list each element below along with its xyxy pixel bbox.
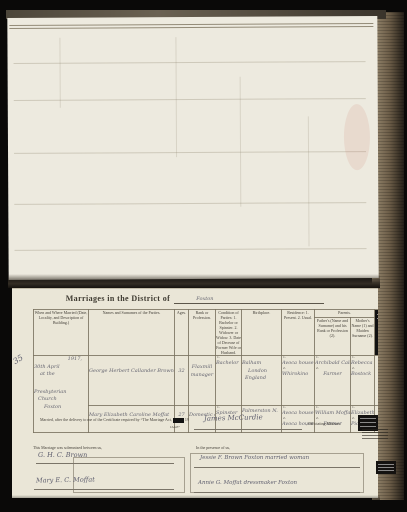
faint-rule [15, 248, 367, 251]
witness2-signature: Annie G. Moffat dressmaker Foxton [198, 480, 297, 486]
registrar-stamp [375, 310, 379, 356]
certificate-statement: Married, after the delivery to me of the… [40, 417, 189, 423]
cell-bride-father: 1. William Moffat 2. Farmer [315, 406, 351, 433]
groom-signature: G. H. C. Brown [38, 451, 87, 459]
solemnized-label: This Marriage was solemnized between us, [33, 445, 102, 450]
marriage-register-page: Marriages in the District of Foxton When… [12, 288, 378, 498]
faint-rule [175, 37, 177, 157]
col-header-condition: Condition of Parties: 1. Bachelor or Spi… [216, 310, 242, 356]
cell-groom-name: George Herbert Callander Brown [89, 356, 175, 406]
cell-groom-mother: 1. Rebecca Emma 2. Bostock [351, 356, 375, 406]
act-stamp-text: JAGE” [170, 425, 180, 429]
page-smudge [344, 104, 370, 170]
col-header-when: When and Where Married (Date, Locality, … [34, 310, 89, 356]
col-header-birthplace: Birthplace. [242, 310, 282, 356]
page-bottom-shadow [10, 495, 380, 507]
faint-rule [14, 151, 366, 154]
page-seam-shadow [8, 274, 380, 288]
col-header-residence: Residence: 1. Present. 2. Usual. [282, 310, 315, 356]
signature-line [194, 429, 302, 430]
page-title: Marriages in the District of Foxton [12, 294, 378, 303]
top-blank-page [7, 16, 378, 280]
cell-groom-rank: Flaxmill manager [189, 356, 216, 406]
col-header-ages: Ages. [175, 310, 189, 356]
col-header-parents: Parents. [315, 310, 375, 318]
district-handwritten: Foxton [174, 296, 324, 305]
edge-stamp [376, 461, 396, 474]
presence-label: In the presence of us, [196, 445, 230, 450]
signature-line [36, 463, 174, 464]
title-text: Marriages in the District of [66, 294, 171, 303]
officiant-signature: James McCurdie [204, 413, 263, 423]
signature-line [34, 489, 174, 490]
signature-line [194, 492, 360, 493]
faint-rule [14, 61, 366, 64]
printed-rule [9, 26, 373, 29]
redaction-stamp [173, 418, 184, 423]
col-header-father: Father's (Name and Surname) and his Rank… [315, 318, 351, 356]
faint-rule [308, 116, 310, 246]
cell-groom-condition: 1. Bachelor [216, 356, 242, 406]
citation-stamp [362, 427, 388, 440]
cell-groom-age: 32 [175, 356, 189, 406]
witness1-signature: Jessie F. Brown Foxton married woman [200, 455, 309, 461]
faint-rule [14, 202, 366, 205]
col-header-rank: Rank or Profession. [189, 310, 216, 356]
officiant-label: , Officiating Minister. [306, 421, 341, 426]
bride-signature: Mary E. C. Moffat [36, 475, 95, 484]
register-book-photo: Marriages in the District of Foxton When… [0, 0, 407, 512]
signature-line [194, 467, 360, 468]
col-header-mother: Mother's Name (1) and Maiden Surname (2)… [351, 318, 375, 356]
faint-rule [14, 98, 366, 101]
cell-groom-residence: 1. Avoca house 2. Whirokino [282, 356, 315, 406]
col-header-names: Names and Surnames of the Parties. [89, 310, 175, 356]
cell-minister-sliver [375, 356, 379, 406]
faint-rule [240, 77, 242, 207]
faint-rule [59, 38, 60, 108]
cell-groom-birthplace: Balham London England [242, 356, 282, 406]
cell-groom-father: 1. Archibald Calder Brown 2. Farmer [315, 356, 351, 406]
